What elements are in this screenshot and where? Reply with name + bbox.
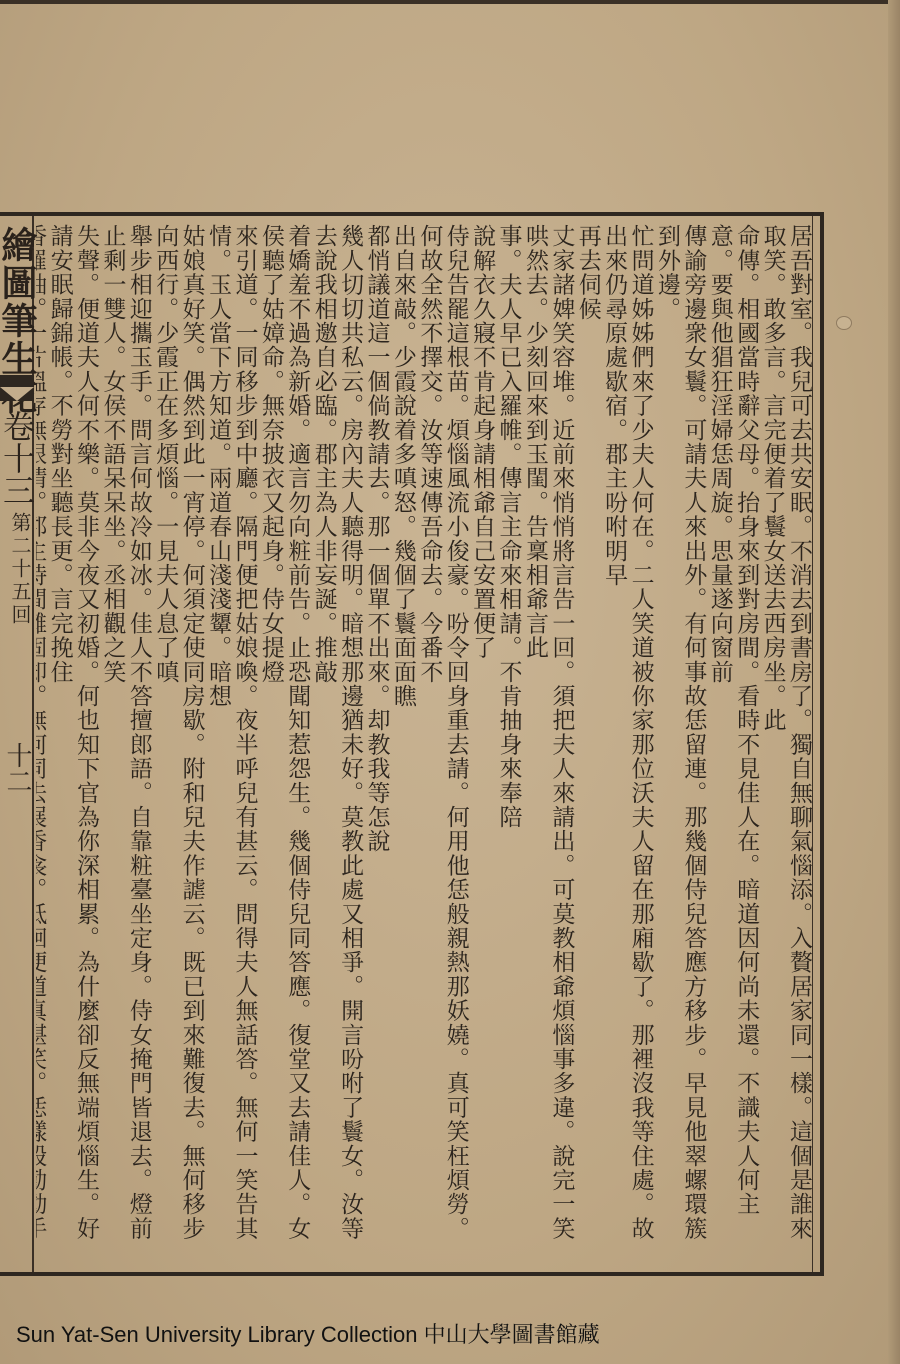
text-column: 丈家諸婢笑容堆。近前來悄悄將言告一回。須把夫人來請出。可莫教相爺煩惱事多違。說完… bbox=[522, 224, 575, 1264]
library-watermark: Sun Yat-Sen University Library Collectio… bbox=[16, 1318, 600, 1349]
volume-label: 卷十三 bbox=[0, 410, 34, 506]
text-column: 姑娘真好笑。偶然到此一宵停。何須定使同房歇。附和兒夫作謔云。既已到來難復去。無何… bbox=[152, 224, 205, 1264]
text-column: 都悄議道這一個倘教請去。那一個單不出來。却教我等怎說 bbox=[363, 224, 389, 1264]
print-frame-inner-line bbox=[812, 216, 813, 1272]
main-text-block: 居吾對室。我兒可去共安眠。不消去到書房了。獨自無聊氣惱添。入贅居家同一樣。這個是… bbox=[36, 224, 812, 1264]
text-column: 來引道。一同移步到中廳。隔門便把姑娘喚。夜半呼兒有甚云。問得夫人無話答。無何一笑… bbox=[205, 224, 258, 1264]
text-column: 忙問道姊姊們來了少夫人何在。二人笑道被你家那位沃夫人留在那廂歇了。那裡沒我等住處… bbox=[601, 224, 654, 1264]
text-column: 侍兒告罷這根苗。煩惱風流小俊豪。吩令回身重去請。何用他恁般親熱那妖嬈。真可笑枉煩… bbox=[416, 224, 469, 1264]
fish-tail-mark-icon bbox=[0, 375, 34, 401]
page-right-edge bbox=[888, 0, 900, 1364]
text-column: 失聲。便道夫人何不樂。莫非今夜又初婚。何也知下官為你深相累。為什麼卻反無端煩惱生… bbox=[46, 224, 99, 1264]
text-column: 命傳。相國當時辭父母。抬身來到對房間。看時不見佳人在。暗道因何尚未還。不識夫人何… bbox=[706, 224, 759, 1264]
chapter-label: 第二十五回 bbox=[6, 512, 34, 627]
text-column: 居吾對室。我兒可去共安眠。不消去到書房了。獨自無聊氣惱添。入贅居家同一樣。這個是… bbox=[759, 224, 812, 1264]
page-number: 十二 bbox=[0, 742, 34, 794]
book-page: 繪圖筆生花 卷十三 第二十五回 十二 居吾對室。我兒可去共安眠。不消去到書房了。… bbox=[0, 0, 900, 1364]
text-column: 傳諭旁邊衆女鬟。可請夫人來出外。有何事故恁留連。那幾個侍兒答應方移步。早見他翠螺… bbox=[654, 224, 707, 1264]
text-column: 舉步相迎攜玉手。問言何故冷如冰。佳人不答擅郎語。自靠粧臺坐定身。侍女掩門皆退去。… bbox=[99, 224, 152, 1264]
text-column: 着嬌羞不過為新婚。適言勿向粧前告。止恐聞知惹怨生。幾個侍兒同答應。復堂又去請佳人… bbox=[257, 224, 310, 1264]
text-column: 出自來敲。少霞說着多嗔怒。幾個了鬟面面瞧 bbox=[390, 224, 416, 1264]
text-column: 幾人切切共私云。房內夫人聽得明。暗想那邊猶未好。莫教此處又相爭。開言吩咐了鬟女。… bbox=[310, 224, 363, 1264]
text-column: 事。夫人早已入羅帷。傳言主命來相請。不肯抽身來奉陪 bbox=[495, 224, 521, 1264]
page-top-edge bbox=[0, 0, 900, 4]
text-column: 香羅袖。一片溫存無限情。郡主時間難固却。無何同去展香衾。低徊便道真堪笑。恁樣殷勤… bbox=[36, 224, 46, 1264]
paper-damage-spot bbox=[836, 316, 852, 330]
text-column: 說解衣久寢不肯起身請相爺自己安置便了 bbox=[469, 224, 495, 1264]
text-column: 再去伺候 bbox=[574, 224, 600, 1264]
